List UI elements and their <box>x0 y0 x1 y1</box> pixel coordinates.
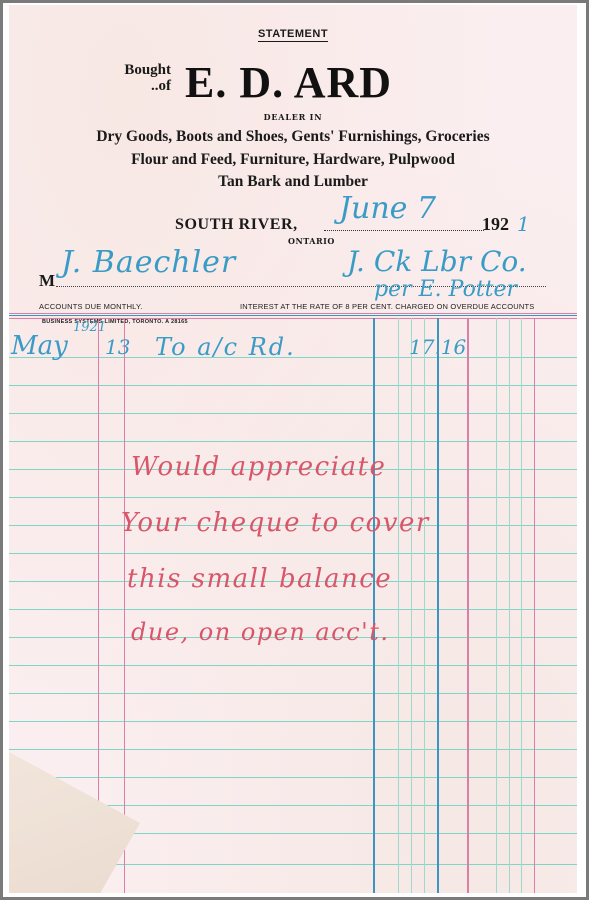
column-rule-digit <box>411 318 412 893</box>
statement-paper: STATEMENT Bought ..of E. D. ARD DEALER I… <box>9 5 577 893</box>
dealer-in-label: DEALER IN <box>9 112 577 122</box>
ledger-line <box>9 553 577 554</box>
ledger-line <box>9 413 577 414</box>
folded-corner <box>9 747 140 893</box>
bought-of-label: Bought ..of <box>103 62 171 94</box>
note-line-2: Your cheque to cover <box>121 508 430 538</box>
handwritten-company: J. Ck Lbr Co. <box>347 245 527 278</box>
column-rule-digit <box>398 318 399 893</box>
column-rule-digit <box>509 318 510 893</box>
date-dotted-line <box>324 230 484 231</box>
column-rule-debit-right <box>437 318 439 893</box>
entry-day: 13 <box>105 335 130 359</box>
ledger-line <box>9 497 577 498</box>
entry-description: To a/c Rd. <box>155 333 296 361</box>
note-line-1: Would appreciate <box>131 452 386 482</box>
terms-interest: INTEREST AT THE RATE OF 8 PER CENT. CHAR… <box>240 302 534 311</box>
column-rule-day <box>124 318 125 893</box>
printer-imprint: BUSINESS SYSTEMS LIMITED, TORONTO. A 281… <box>42 319 188 325</box>
note-line-3: this small balance <box>127 564 392 594</box>
merchant-name: E. D. ARD <box>185 59 392 107</box>
province-label: ONTARIO <box>288 236 335 246</box>
column-rule-digit <box>496 318 497 893</box>
ledger-line <box>9 777 577 778</box>
ledger-line <box>9 385 577 386</box>
m-label: M <box>39 271 55 291</box>
handwritten-year-digit: 1 <box>517 212 530 236</box>
ledger-line <box>9 665 577 666</box>
column-rule-credit-right <box>534 318 535 893</box>
entry-year: 1921 <box>73 320 106 335</box>
column-rule-folio-left <box>373 318 375 893</box>
ledger-line <box>9 721 577 722</box>
note-line-4: due, on open acc't. <box>131 618 389 646</box>
goods-line-1: Dry Goods, Boots and Shoes, Gents' Furni… <box>9 128 577 146</box>
terms-monthly: ACCOUNTS DUE MONTHLY. <box>39 302 143 311</box>
top-rule-pink <box>9 313 577 314</box>
ledger-line <box>9 749 577 750</box>
place-name: SOUTH RIVER, <box>175 216 298 234</box>
entry-month: May <box>11 331 68 361</box>
statement-heading: STATEMENT <box>9 28 577 40</box>
top-rule-blue <box>9 315 577 316</box>
ledger-line <box>9 609 577 610</box>
handwritten-date: June 7 <box>339 191 436 226</box>
ledger-line <box>9 693 577 694</box>
goods-line-3: Tan Bark and Lumber <box>9 173 577 191</box>
handwritten-customer: J. Baechler <box>61 245 236 280</box>
column-rule-credit-left <box>467 318 469 893</box>
goods-line-2: Flour and Feed, Furniture, Hardware, Pul… <box>9 151 577 169</box>
printed-year: 192 <box>482 214 509 235</box>
handwritten-per: per E. Potter <box>374 277 517 302</box>
ledger-line <box>9 441 577 442</box>
column-rule-digit <box>424 318 425 893</box>
entry-amount: 17.16 <box>409 335 466 359</box>
column-rule-digit <box>521 318 522 893</box>
